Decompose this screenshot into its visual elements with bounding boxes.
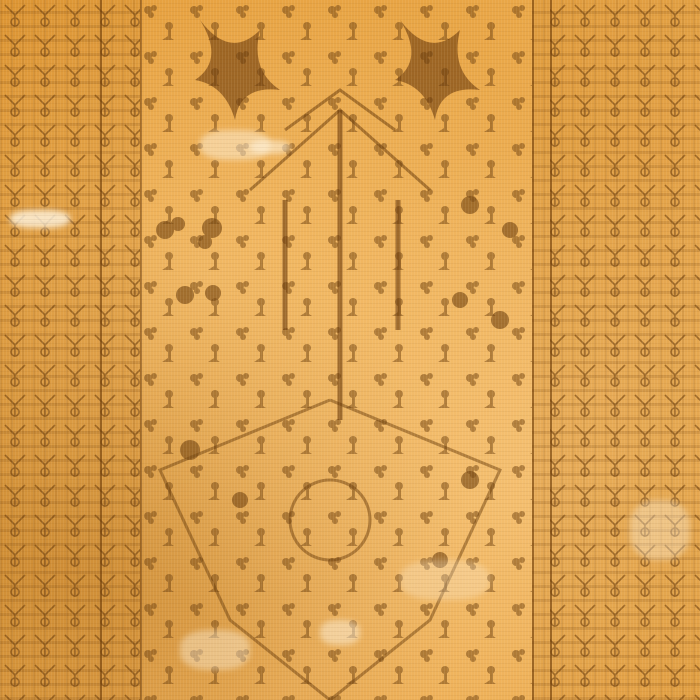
worn-patch xyxy=(320,620,360,645)
worn-patch xyxy=(400,560,490,600)
right-border-pattern xyxy=(550,0,700,700)
rug-motif-pattern xyxy=(0,0,700,700)
rug-photo xyxy=(0,0,700,700)
left-border-pattern xyxy=(0,0,140,700)
worn-patch xyxy=(250,140,290,154)
worn-patch xyxy=(630,500,690,560)
worn-patch xyxy=(10,210,70,228)
worn-patch xyxy=(180,630,250,670)
